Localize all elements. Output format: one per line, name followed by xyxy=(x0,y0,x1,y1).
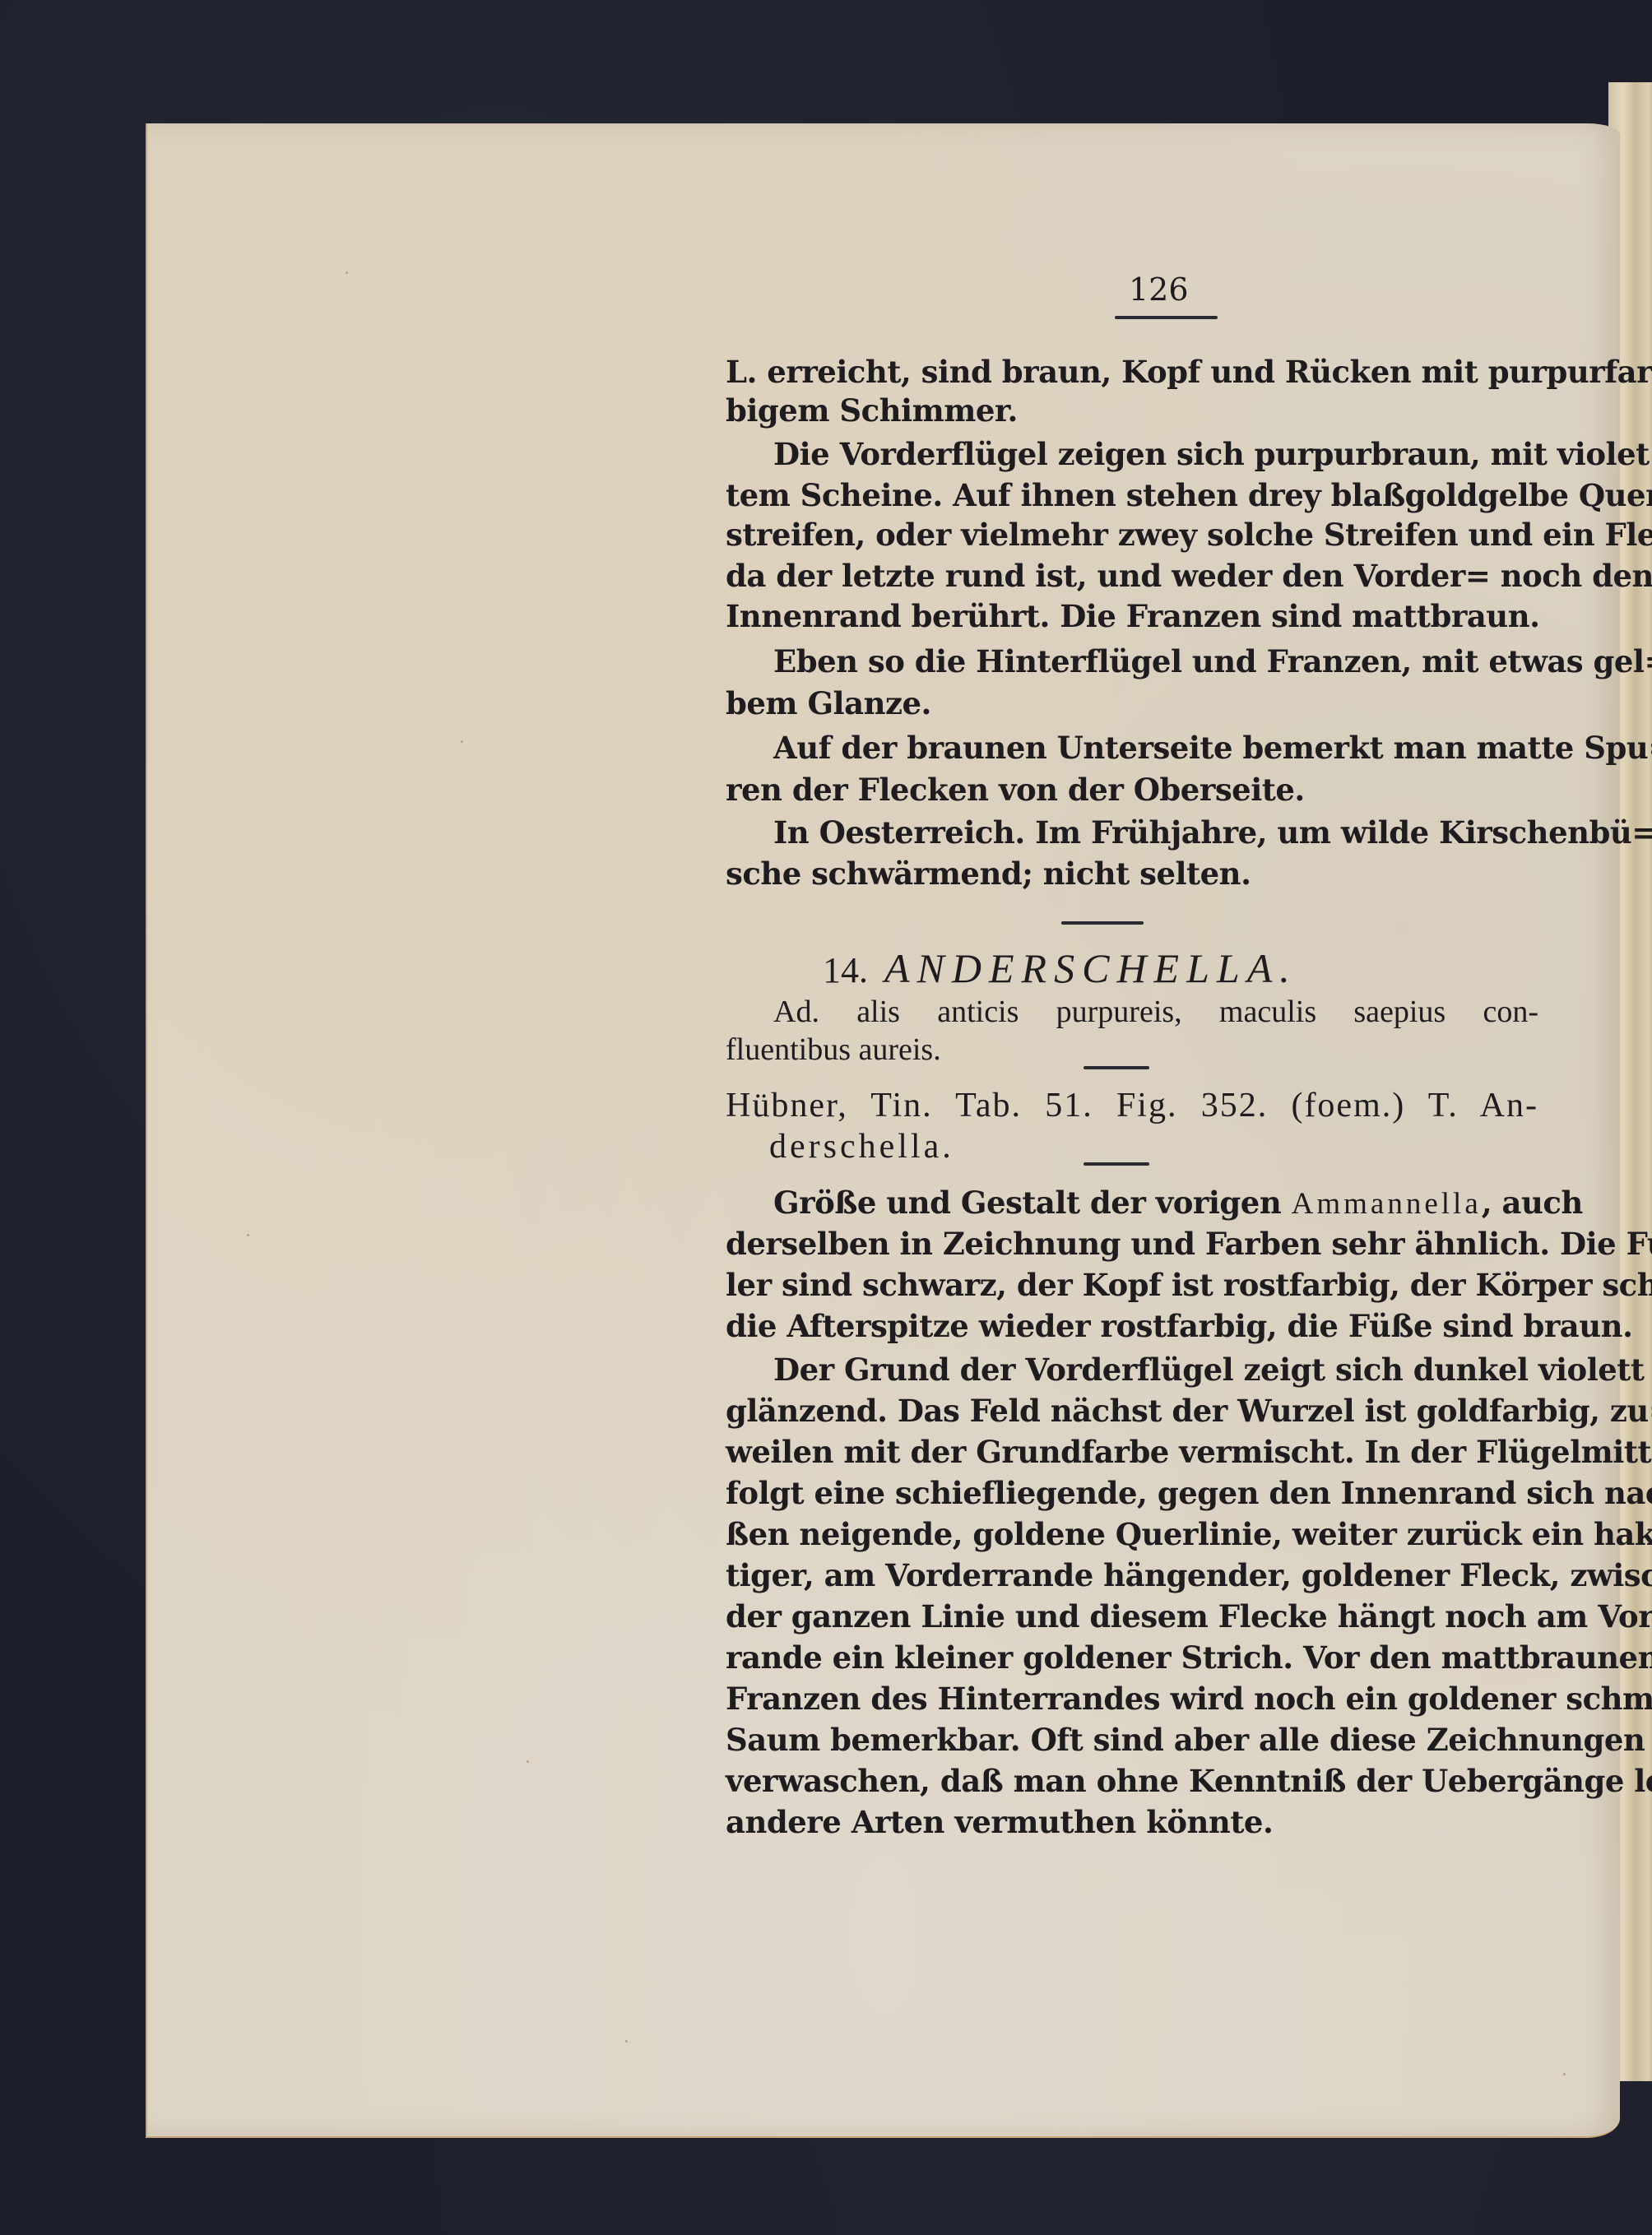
section-divider xyxy=(1061,921,1144,925)
text-line: In Oesterreich. Im Frühjahre, um wilde K… xyxy=(773,814,1538,851)
text-line: L. erreicht, sind braun, Kopf und Rücken… xyxy=(726,354,1538,390)
text-line: Franzen des Hinterrandes wird noch ein g… xyxy=(726,1681,1538,1717)
species-number: 14. xyxy=(823,950,868,990)
diagnosis-line: Ad. alis anticis purpureis, maculis saep… xyxy=(773,994,1538,1030)
text-line: folgt eine schiefliegende, gegen den Inn… xyxy=(726,1475,1538,1511)
text-line: Saum bemerkbar. Oft sind aber alle diese… xyxy=(726,1722,1538,1758)
text-line: ler sind schwarz, der Kopf ist rostfarbi… xyxy=(726,1267,1538,1303)
diagnosis-rule xyxy=(1084,1066,1149,1069)
diagnosis-line: fluentibus aureis. xyxy=(726,1032,1538,1068)
paper-speck xyxy=(1563,2073,1566,2075)
text-line: der ganzen Linie und diesem Flecke hängt… xyxy=(726,1598,1538,1635)
text-line: Der Grund der Vorderflügel zeigt sich du… xyxy=(773,1352,1538,1388)
species-heading: 14.ANDERSCHELLA. xyxy=(823,944,1297,992)
paper-speck xyxy=(527,1760,529,1763)
reference-line: Hübner, Tin. Tab. 51. Fig. 352. (foem.) … xyxy=(726,1086,1538,1125)
header-rule xyxy=(1115,316,1218,319)
text-line: bem Glanze. xyxy=(726,685,1538,721)
text-line: rande ein kleiner goldener Strich. Vor d… xyxy=(726,1639,1538,1676)
text-line: weilen mit der Grundfarbe vermischt. In … xyxy=(726,1434,1538,1470)
species-reference-name: Ammannella xyxy=(1292,1187,1482,1221)
text-line: Innenrand berührt. Die Franzen sind matt… xyxy=(726,598,1538,634)
text-line: da der letzte rund ist, und weder den Vo… xyxy=(726,558,1538,594)
text-line: ßen neigende, goldene Querlinie, weiter … xyxy=(726,1516,1538,1552)
text-line: Eben so die Hinterflügel und Franzen, mi… xyxy=(773,643,1538,679)
text-line: tem Scheine. Auf ihnen stehen drey blaßg… xyxy=(726,477,1538,513)
text-line: Die Vorderflügel zeigen sich purpurbraun… xyxy=(773,436,1538,472)
paper-speck xyxy=(461,740,463,743)
text-line: ren der Flecken von der Oberseite. xyxy=(726,772,1538,808)
text-line: andere Arten vermuthen könnte. xyxy=(726,1804,1538,1840)
paper-speck xyxy=(625,2040,628,2043)
reference-line: derschella. xyxy=(769,1127,1582,1166)
text-line: tiger, am Vorderrande hängender, goldene… xyxy=(726,1557,1538,1593)
text-line: verwaschen, daß man ohne Kenntniß der Ue… xyxy=(726,1763,1538,1799)
species-name: ANDERSCHELLA. xyxy=(884,945,1297,991)
page-number: 126 xyxy=(1129,271,1227,308)
text-line: derselben in Zeichnung und Farben sehr ä… xyxy=(726,1226,1538,1262)
text-line: sche schwärmend; nicht selten. xyxy=(726,856,1538,892)
text-line: die Afterspitze wieder rostfarbig, die F… xyxy=(726,1308,1538,1344)
reference-rule xyxy=(1084,1162,1149,1166)
paper-speck xyxy=(247,1234,249,1236)
text-line: glänzend. Das Feld nächst der Wurzel ist… xyxy=(726,1393,1538,1429)
text-line: Auf der braunen Unterseite bemerkt man m… xyxy=(773,730,1538,766)
text-segment: Größe und Gestalt der vorigen xyxy=(773,1185,1292,1221)
paper-speck xyxy=(346,271,348,274)
text-line: Größe und Gestalt der vorigen Ammannella… xyxy=(773,1185,1538,1222)
text-line: streifen, oder vielmehr zwey solche Stre… xyxy=(726,517,1538,553)
text-line: bigem Schimmer. xyxy=(726,392,1538,429)
text-segment: , auch xyxy=(1482,1185,1583,1221)
